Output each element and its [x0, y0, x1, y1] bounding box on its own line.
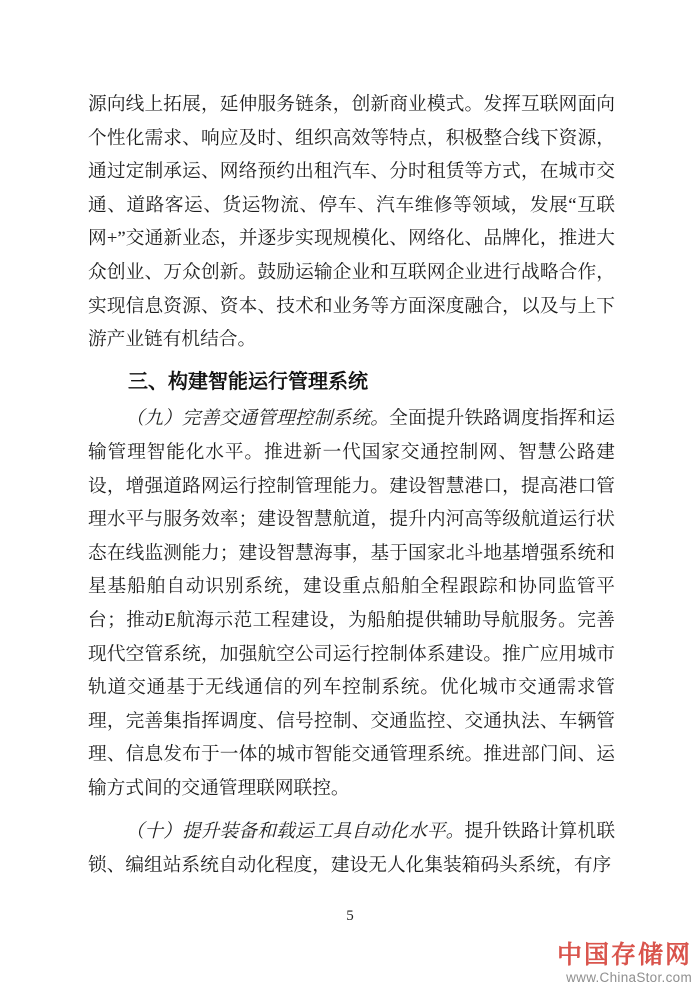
section-heading: 三、构建智能运行管理系统	[88, 366, 615, 400]
watermark-brand-logo: 中国存储网	[557, 942, 692, 970]
paragraph-clause-ten: （十）提升装备和载运工具自动化水平。提升铁路计算机联锁、编组站系统自动化程度，建…	[88, 815, 615, 882]
document-page: 源向线上拓展，延伸服务链条，创新商业模式。发挥互联网面向个性化需求、响应及时、组…	[0, 0, 700, 989]
document-text-block: 源向线上拓展，延伸服务链条，创新商业模式。发挥互联网面向个性化需求、响应及时、组…	[88, 88, 615, 883]
clause-ten-title: （十）提升装备和载运工具自动化水平。	[125, 821, 464, 842]
clause-nine-body: 全面提升铁路调度指挥和运输管理智能化水平。推进新一代国家交通控制网、智慧公路建设…	[88, 408, 615, 799]
page-number: 5	[0, 908, 700, 925]
clause-nine-title: （九）完善交通管理控制系统。	[125, 408, 389, 429]
paragraph-clause-nine: （九）完善交通管理控制系统。全面提升铁路调度指挥和运输管理智能化水平。推进新一代…	[88, 402, 615, 805]
watermark-url: www.ChinaStor.com	[557, 971, 692, 986]
watermark: 中国存储网 www.ChinaStor.com	[557, 942, 692, 986]
body-paragraph-continuation: 源向线上拓展，延伸服务链条，创新商业模式。发挥互联网面向个性化需求、响应及时、组…	[88, 88, 615, 357]
